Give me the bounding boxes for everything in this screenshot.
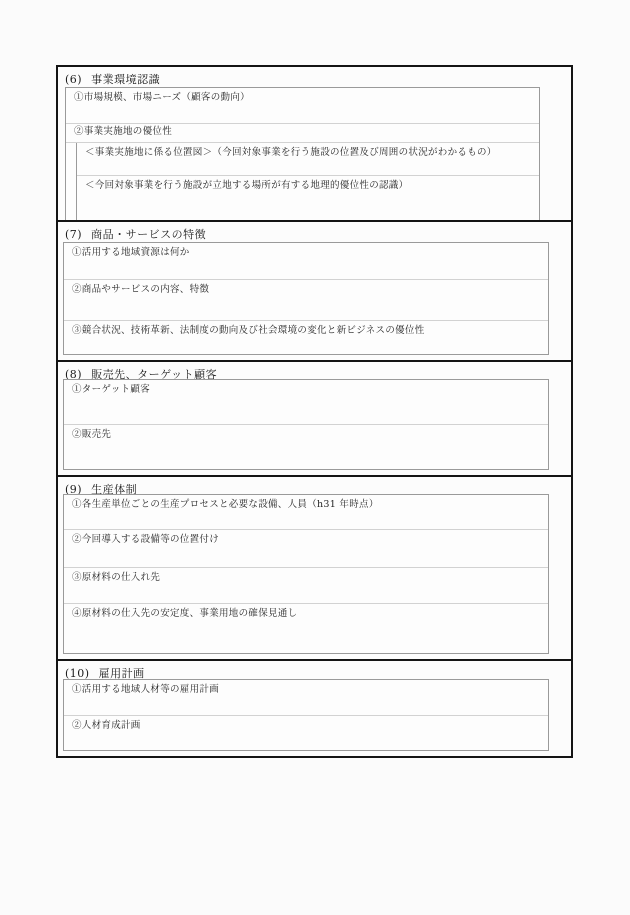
- field-production-process[interactable]: ①各生産単位ごとの生産プロセスと必要な設備、人員（h31 年時点）: [64, 495, 548, 530]
- section-7-heading: (7)商品・サービスの特徴: [58, 222, 571, 242]
- section-10-employment-plan: (10)雇用計画 ①活用する地域人材等の雇用計画 ②人材育成計画: [58, 661, 571, 756]
- field-regional-resources[interactable]: ①活用する地域資源は何か: [64, 243, 548, 280]
- field-geographic-advantage[interactable]: ＜今回対象事業を行う施設が立地する場所が有する地理的優位性の認識）: [77, 176, 539, 220]
- section-7-title: 商品・サービスの特徴: [91, 228, 206, 241]
- field-label: ①各生産単位ごとの生産プロセスと必要な設備、人員（h31 年時点）: [72, 499, 379, 510]
- section-9-heading: (9)生産体制: [58, 477, 571, 494]
- section-8-target-customers: (8)販売先、ターゲット顧客 ①ターゲット顧客 ②販売先: [58, 362, 571, 477]
- business-plan-form: (6)事業環境認識 ①市場規模、市場ニーズ（顧客の動向） ②事業実施地の優位性 …: [56, 65, 573, 758]
- section-6-number: (6): [65, 73, 82, 86]
- section-6-title: 事業環境認識: [91, 73, 160, 86]
- section-6-table: ①市場規模、市場ニーズ（顧客の動向） ②事業実施地の優位性 ＜事業実施地に係る位…: [65, 87, 540, 220]
- section-10-table: ①活用する地域人材等の雇用計画 ②人材育成計画: [63, 679, 549, 751]
- field-regional-hiring-plan[interactable]: ①活用する地域人材等の雇用計画: [64, 680, 548, 716]
- field-site-advantage[interactable]: ②事業実施地の優位性: [66, 124, 539, 143]
- field-label: ②商品やサービスの内容、特徴: [72, 284, 209, 295]
- section-7-number: (7): [65, 228, 82, 241]
- field-label: ①活用する地域人材等の雇用計画: [72, 684, 219, 695]
- field-target-customer[interactable]: ①ターゲット顧客: [64, 380, 548, 425]
- field-product-content[interactable]: ②商品やサービスの内容、特徴: [64, 280, 548, 321]
- field-label: ＜今回対象事業を行う施設が立地する場所が有する地理的優位性の認識）: [85, 180, 408, 191]
- field-location-map[interactable]: ＜事業実施地に係る位置図＞（今回対象事業を行う施設の位置及び周囲の状況がわかるも…: [77, 143, 539, 176]
- field-label: ④原材料の仕入先の安定度、事業用地の確保見通し: [72, 608, 297, 619]
- field-label: ①市場規模、市場ニーズ（顧客の動向）: [74, 92, 250, 103]
- field-label: ＜事業実施地に係る位置図＞（今回対象事業を行う施設の位置及び周囲の状況がわかるも…: [85, 147, 497, 158]
- field-label: ③原材料の仕入れ先: [72, 572, 160, 583]
- section-8-table: ①ターゲット顧客 ②販売先: [63, 379, 549, 470]
- section-8-heading: (8)販売先、ターゲット顧客: [58, 362, 571, 379]
- field-equipment-positioning[interactable]: ②今回導入する設備等の位置付け: [64, 530, 548, 568]
- field-market-size[interactable]: ①市場規模、市場ニーズ（顧客の動向）: [66, 88, 539, 124]
- field-hr-development-plan[interactable]: ②人材育成計画: [64, 716, 548, 750]
- section-7-table: ①活用する地域資源は何か ②商品やサービスの内容、特徴 ③競合状況、技術革新、法…: [63, 242, 549, 355]
- section-10-heading: (10)雇用計画: [58, 661, 571, 679]
- field-label: ②事業実施地の優位性: [74, 126, 172, 137]
- field-supply-stability[interactable]: ④原材料の仕入先の安定度、事業用地の確保見通し: [64, 604, 548, 653]
- section-6-subtable: ＜事業実施地に係る位置図＞（今回対象事業を行う施設の位置及び周囲の状況がわかるも…: [66, 143, 539, 220]
- section-9-production-system: (9)生産体制 ①各生産単位ごとの生産プロセスと必要な設備、人員（h31 年時点…: [58, 477, 571, 661]
- section-7-product-features: (7)商品・サービスの特徴 ①活用する地域資源は何か ②商品やサービスの内容、特…: [58, 222, 571, 362]
- indent-strip: [66, 143, 77, 220]
- field-competitive-landscape[interactable]: ③競合状況、技術革新、法制度の動向及び社会環境の変化と新ビジネスの優位性: [64, 321, 548, 354]
- field-label: ②今回導入する設備等の位置付け: [72, 534, 219, 545]
- field-label: ②人材育成計画: [72, 720, 141, 731]
- field-sales-destination[interactable]: ②販売先: [64, 425, 548, 469]
- section-6-subrows: ＜事業実施地に係る位置図＞（今回対象事業を行う施設の位置及び周囲の状況がわかるも…: [77, 143, 539, 220]
- field-label: ①活用する地域資源は何か: [72, 247, 190, 258]
- field-raw-material-suppliers[interactable]: ③原材料の仕入れ先: [64, 568, 548, 604]
- section-6-business-environment: (6)事業環境認識 ①市場規模、市場ニーズ（顧客の動向） ②事業実施地の優位性 …: [58, 67, 571, 222]
- field-label: ①ターゲット顧客: [72, 384, 150, 395]
- section-9-table: ①各生産単位ごとの生産プロセスと必要な設備、人員（h31 年時点） ②今回導入す…: [63, 494, 549, 654]
- section-6-heading: (6)事業環境認識: [58, 67, 571, 87]
- page-background: { "document_title": "事業計画書フォーム（6〜10）", "…: [0, 0, 630, 915]
- field-label: ③競合状況、技術革新、法制度の動向及び社会環境の変化と新ビジネスの優位性: [72, 325, 425, 336]
- field-label: ②販売先: [72, 429, 111, 440]
